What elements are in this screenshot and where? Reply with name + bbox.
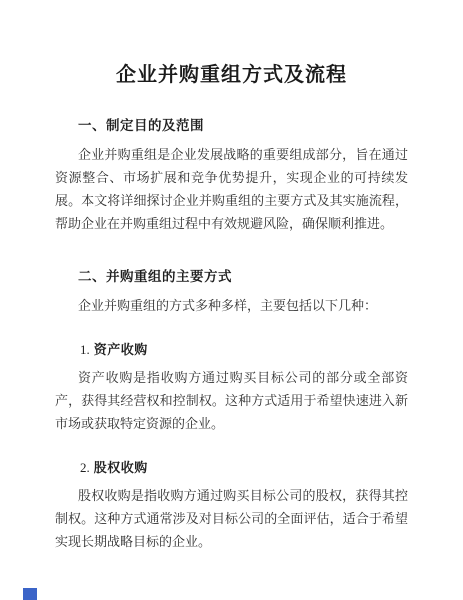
section-main-methods: 二、并购重组的主要方式 企业并购重组的方式多种多样，主要包括以下几种： 1.资产…: [55, 265, 408, 553]
subsection-1-paragraph: 资产收购是指收购方通过购买目标公司的部分或全部资产，获得其经营权和控制权。这种方…: [55, 366, 408, 435]
subsection-2-title: 股权收购: [94, 460, 148, 475]
subsection-1-title: 资产收购: [94, 342, 148, 357]
section-purpose-scope: 一、制定目的及范围 企业并购重组是企业发展战略的重要组成部分，旨在通过资源整合、…: [55, 114, 408, 235]
page-corner-blue-mark: [23, 588, 37, 600]
subsection-2-heading: 2.股权收购: [55, 457, 408, 476]
document-title: 企业并购重组方式及流程: [55, 58, 408, 87]
subsection-equity-acquisition: 2.股权收购 股权收购是指收购方通过购买目标公司的股权，获得其控制权。这种方式通…: [55, 457, 408, 553]
subsection-asset-acquisition: 1.资产收购 资产收购是指收购方通过购买目标公司的部分或全部资产，获得其经营权和…: [55, 339, 408, 435]
section-1-heading: 一、制定目的及范围: [55, 114, 408, 134]
subsection-1-heading: 1.资产收购: [55, 339, 408, 358]
subsection-2-number: 2.: [80, 460, 90, 475]
subsection-2-paragraph: 股权收购是指收购方通过购买目标公司的股权，获得其控制权。这种方式通常涉及对目标公…: [55, 484, 408, 553]
section-1-paragraph: 企业并购重组是企业发展战略的重要组成部分，旨在通过资源整合、市场扩展和竞争优势提…: [55, 143, 408, 235]
section-2-intro: 企业并购重组的方式多种多样，主要包括以下几种：: [55, 294, 408, 317]
section-2-heading: 二、并购重组的主要方式: [55, 265, 408, 285]
document-page: 企业并购重组方式及流程 一、制定目的及范围 企业并购重组是企业发展战略的重要组成…: [0, 0, 463, 600]
subsection-1-number: 1.: [80, 342, 90, 357]
